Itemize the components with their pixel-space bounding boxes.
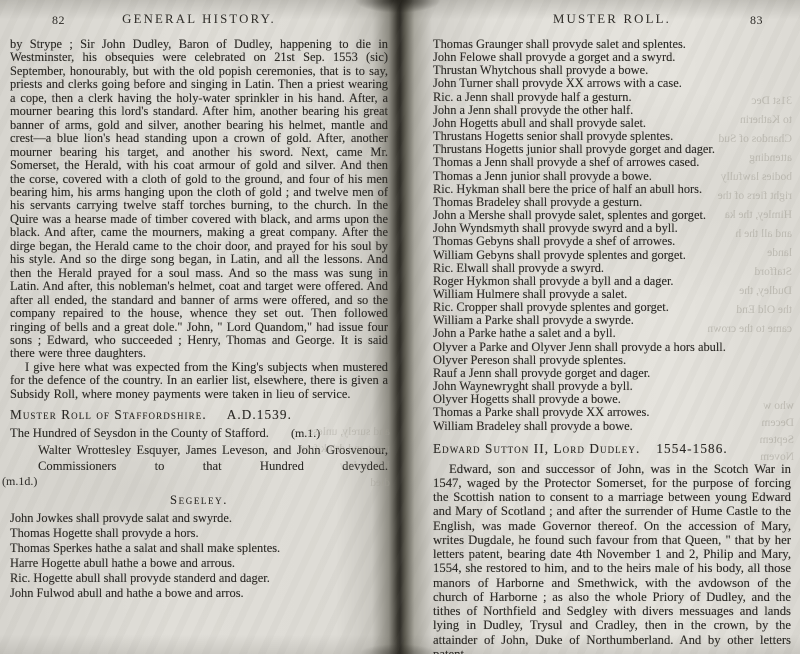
muster-entry: John a Jenn shall provyde the other half… — [433, 104, 791, 117]
book-gutter — [388, 0, 408, 654]
membrane-ref-m1d: (m.1d.) — [2, 474, 388, 489]
muster-entry: John Fulwod abull and hathe a bowe and a… — [10, 586, 388, 601]
membrane-ref-m1: (m.1.) — [291, 426, 320, 440]
muster-entry: Ric. a Jenn shall provyde half a gesturn… — [433, 91, 791, 104]
muster-entry: Ric. Hogette abull shall provyde stander… — [10, 571, 388, 586]
edward-sutton-title: Edward Sutton II, Lord Dudley. — [433, 441, 640, 456]
hundred-text: The Hundred of Seysdon in the County of … — [10, 426, 269, 440]
running-header-right: MUSTER ROLL. — [433, 12, 791, 27]
muster-entry: John Jowkes shall provyde salat and swyr… — [10, 511, 388, 526]
muster-entry: Ric. Hykman shall bere the price of half… — [433, 183, 791, 196]
muster-entry: William Gebyns shall provyde splentes an… — [433, 249, 791, 262]
segeley-heading: Segeley. — [10, 493, 388, 508]
muster-entry: Harre Hogette abull hathe a bowe and arr… — [10, 556, 388, 571]
muster-entry: Ric. Elwall shall provyde a swyrd. — [433, 262, 791, 275]
page-left: 82 GENERAL HISTORY. by Strype ; Sir John… — [10, 12, 388, 601]
muster-entry: Olyver Pereson shall provyde splentes. — [433, 354, 791, 367]
edward-sutton-heading: Edward Sutton II, Lord Dudley.1554-1586. — [433, 441, 791, 457]
edward-sutton-dates: 1554-1586. — [656, 441, 727, 456]
muster-entry: William Bradeley shall provyde a bowe. — [433, 420, 791, 433]
muster-list-segeley: John Jowkes shall provyde salat and swyr… — [10, 511, 388, 601]
muster-roll-title: Muster Roll of Staffordshire. — [10, 407, 207, 422]
muster-entry: Thomas a Parke shall provyde XX arrowes. — [433, 406, 791, 419]
muster-entry: Olyver a Parke and Olyver Jenn shall pro… — [433, 341, 791, 354]
muster-entry: John a Parke hathe a salet and a byll. — [433, 327, 791, 340]
muster-roll-date: A.D.1539. — [227, 407, 292, 422]
commissioners-text: Walter Wrottesley Esquyer, James Leveson… — [10, 443, 388, 474]
page-left-header: 82 GENERAL HISTORY. — [10, 12, 388, 29]
hundred-line: The Hundred of Seysdon in the County of … — [10, 426, 388, 441]
muster-entry: Thomas a Jenn junior shall provyde a bow… — [433, 170, 791, 183]
muster-entry: Thomas Sperkes hathe a salat and shall m… — [10, 541, 388, 556]
running-header-left: GENERAL HISTORY. — [10, 12, 388, 27]
muster-entry: Thomas a Jenn shall provyde a shef of ar… — [433, 156, 791, 169]
page-number-right: 83 — [750, 13, 763, 28]
paragraph-funeral-account: by Strype ; Sir John Dudley, Baron of Du… — [10, 38, 388, 361]
muster-entry: Thomas Gebyns shall provyde a shef of ar… — [433, 235, 791, 248]
paragraph-edward-sutton: Edward, son and successor of John, was i… — [433, 462, 791, 654]
paragraph-muster-intro: I give here what was expected from the K… — [10, 361, 388, 401]
muster-entry: Thomas Hogette shall provyde a hors. — [10, 526, 388, 541]
muster-entry: Roger Hykmon shall provyde a byll and a … — [433, 275, 791, 288]
muster-entry: John Turner shall provyde XX arrows with… — [433, 77, 791, 90]
page-right: MUSTER ROLL. 83 Thomas Graunger shall pr… — [433, 12, 791, 654]
page-right-header: MUSTER ROLL. 83 — [433, 12, 791, 29]
book-scan: 82 GENERAL HISTORY. by Strype ; Sir John… — [0, 0, 800, 654]
muster-list-continued: Thomas Graunger shall provyde salet and … — [433, 38, 791, 433]
muster-roll-heading: Muster Roll of Staffordshire.A.D.1539. — [10, 407, 388, 423]
